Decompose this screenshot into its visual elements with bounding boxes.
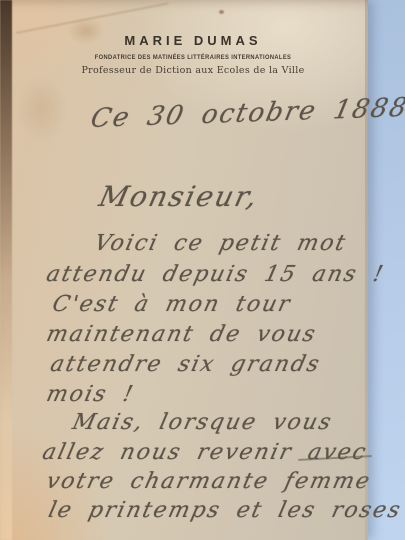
letterhead: MARIE DUMAS FONDATRICE DES MATINÉES LITT… bbox=[0, 33, 368, 76]
handwritten-line: attendu depuis 15 ans ! bbox=[44, 262, 387, 287]
letterhead-name: MARIE DUMAS bbox=[18, 33, 368, 48]
paper-stain bbox=[16, 76, 66, 142]
handwritten-line: votre charmante femme bbox=[44, 469, 374, 494]
letterhead-subtitle: FONDATRICE DES MATINÉES LITTÉRAIRES INTE… bbox=[25, 55, 361, 61]
handwritten-line: mois ! bbox=[44, 382, 137, 407]
salutation: Monsieur, bbox=[96, 180, 262, 213]
paper-speck bbox=[219, 10, 224, 14]
handwritten-line: maintenant de vous bbox=[44, 322, 319, 347]
handwritten-line: C'est à mon tour bbox=[50, 292, 294, 317]
handwritten-line: attendre six grands bbox=[48, 352, 323, 377]
paper-left-edge-shadow bbox=[0, 0, 12, 540]
date-line: Ce 30 octobre 1888 bbox=[88, 93, 405, 134]
handwritten-line: le printemps et les roses bbox=[46, 498, 404, 523]
handwritten-line: allez nous revenir avec bbox=[40, 440, 370, 465]
letterhead-profession: Professeur de Diction aux Ecoles de la V… bbox=[18, 65, 368, 76]
letter-paper: MARIE DUMAS FONDATRICE DES MATINÉES LITT… bbox=[0, 0, 368, 540]
handwritten-line: Mais, lorsque vous bbox=[70, 410, 335, 435]
letter-photo: MARIE DUMAS FONDATRICE DES MATINÉES LITT… bbox=[0, 0, 405, 540]
handwritten-line: Voici ce petit mot bbox=[92, 231, 349, 256]
